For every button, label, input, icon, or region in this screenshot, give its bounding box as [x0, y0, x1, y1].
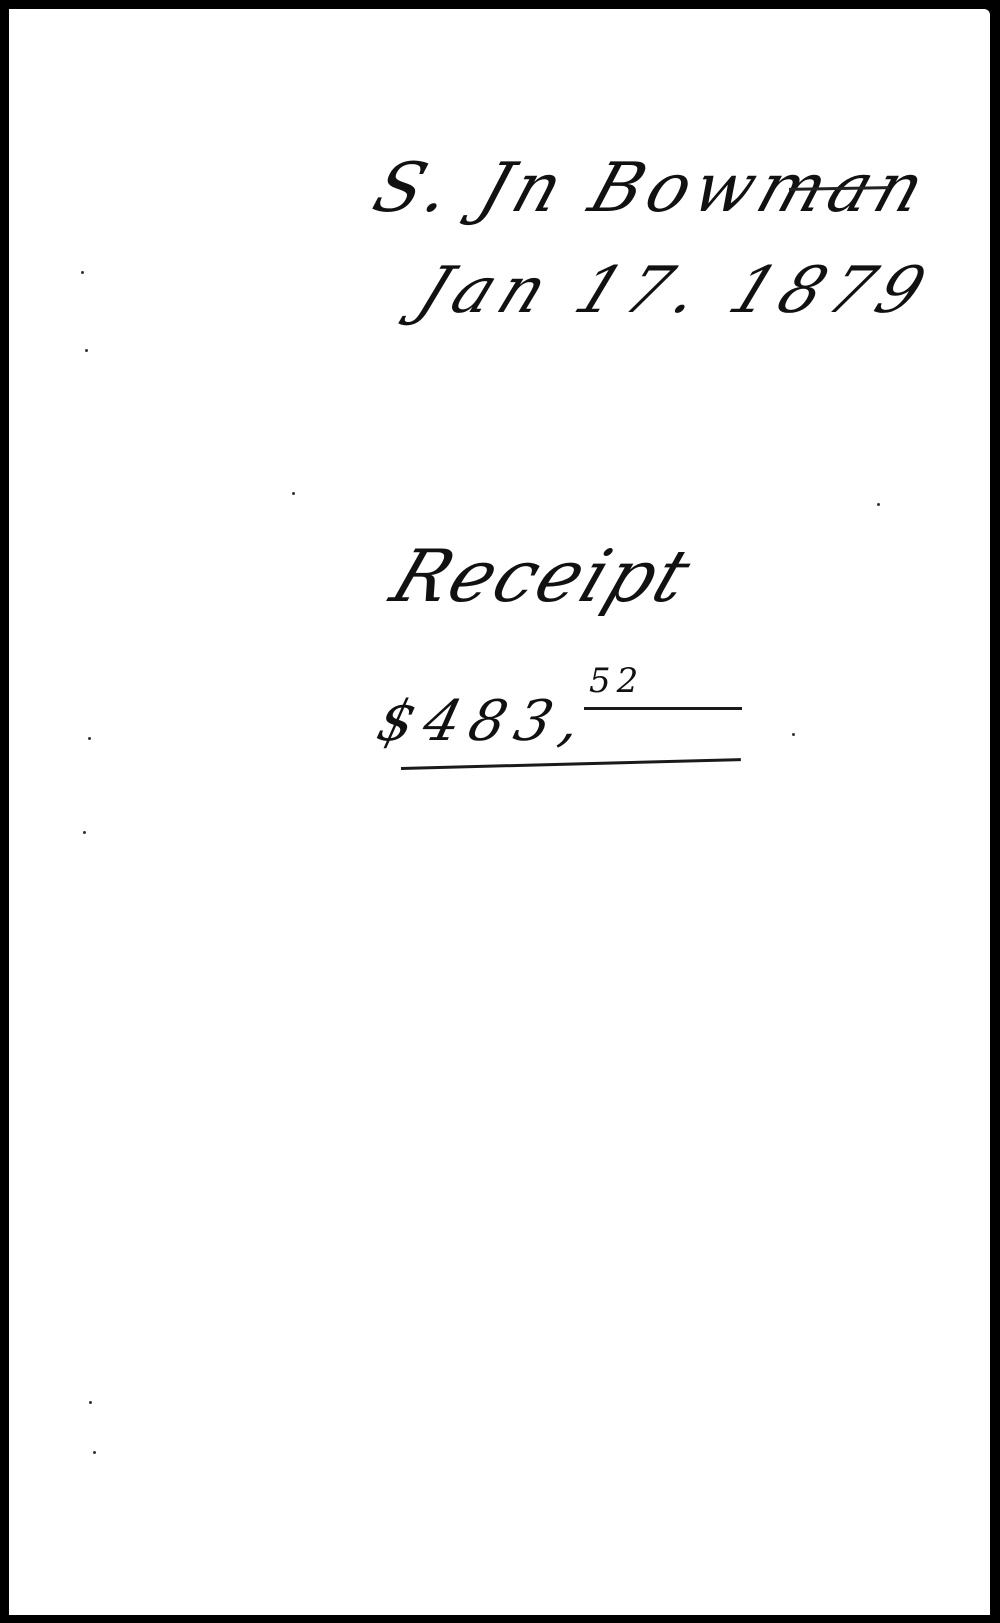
scan-speck: [292, 492, 295, 495]
scan-speck: [83, 831, 86, 834]
amount-underline: [401, 758, 741, 770]
amount-block: $483, 52: [379, 669, 759, 799]
scan-speck: [81, 271, 84, 274]
scan-speck: [88, 737, 91, 740]
amount-dollars: $483,: [371, 689, 598, 754]
document-label: Receipt: [381, 534, 703, 618]
paper-sheet: S. Jn Bowman Jan 17. 1879 Receipt $483, …: [9, 9, 990, 1615]
scan-speck: [93, 1451, 96, 1454]
scan-speck: [89, 1401, 92, 1404]
amount-cents: 52: [589, 661, 644, 701]
cents-underline: [584, 707, 742, 710]
scan-speck: [792, 733, 795, 736]
document-date: Jan 17. 1879: [407, 254, 943, 328]
scan-speck: [85, 349, 88, 352]
scan-speck: [877, 503, 880, 506]
